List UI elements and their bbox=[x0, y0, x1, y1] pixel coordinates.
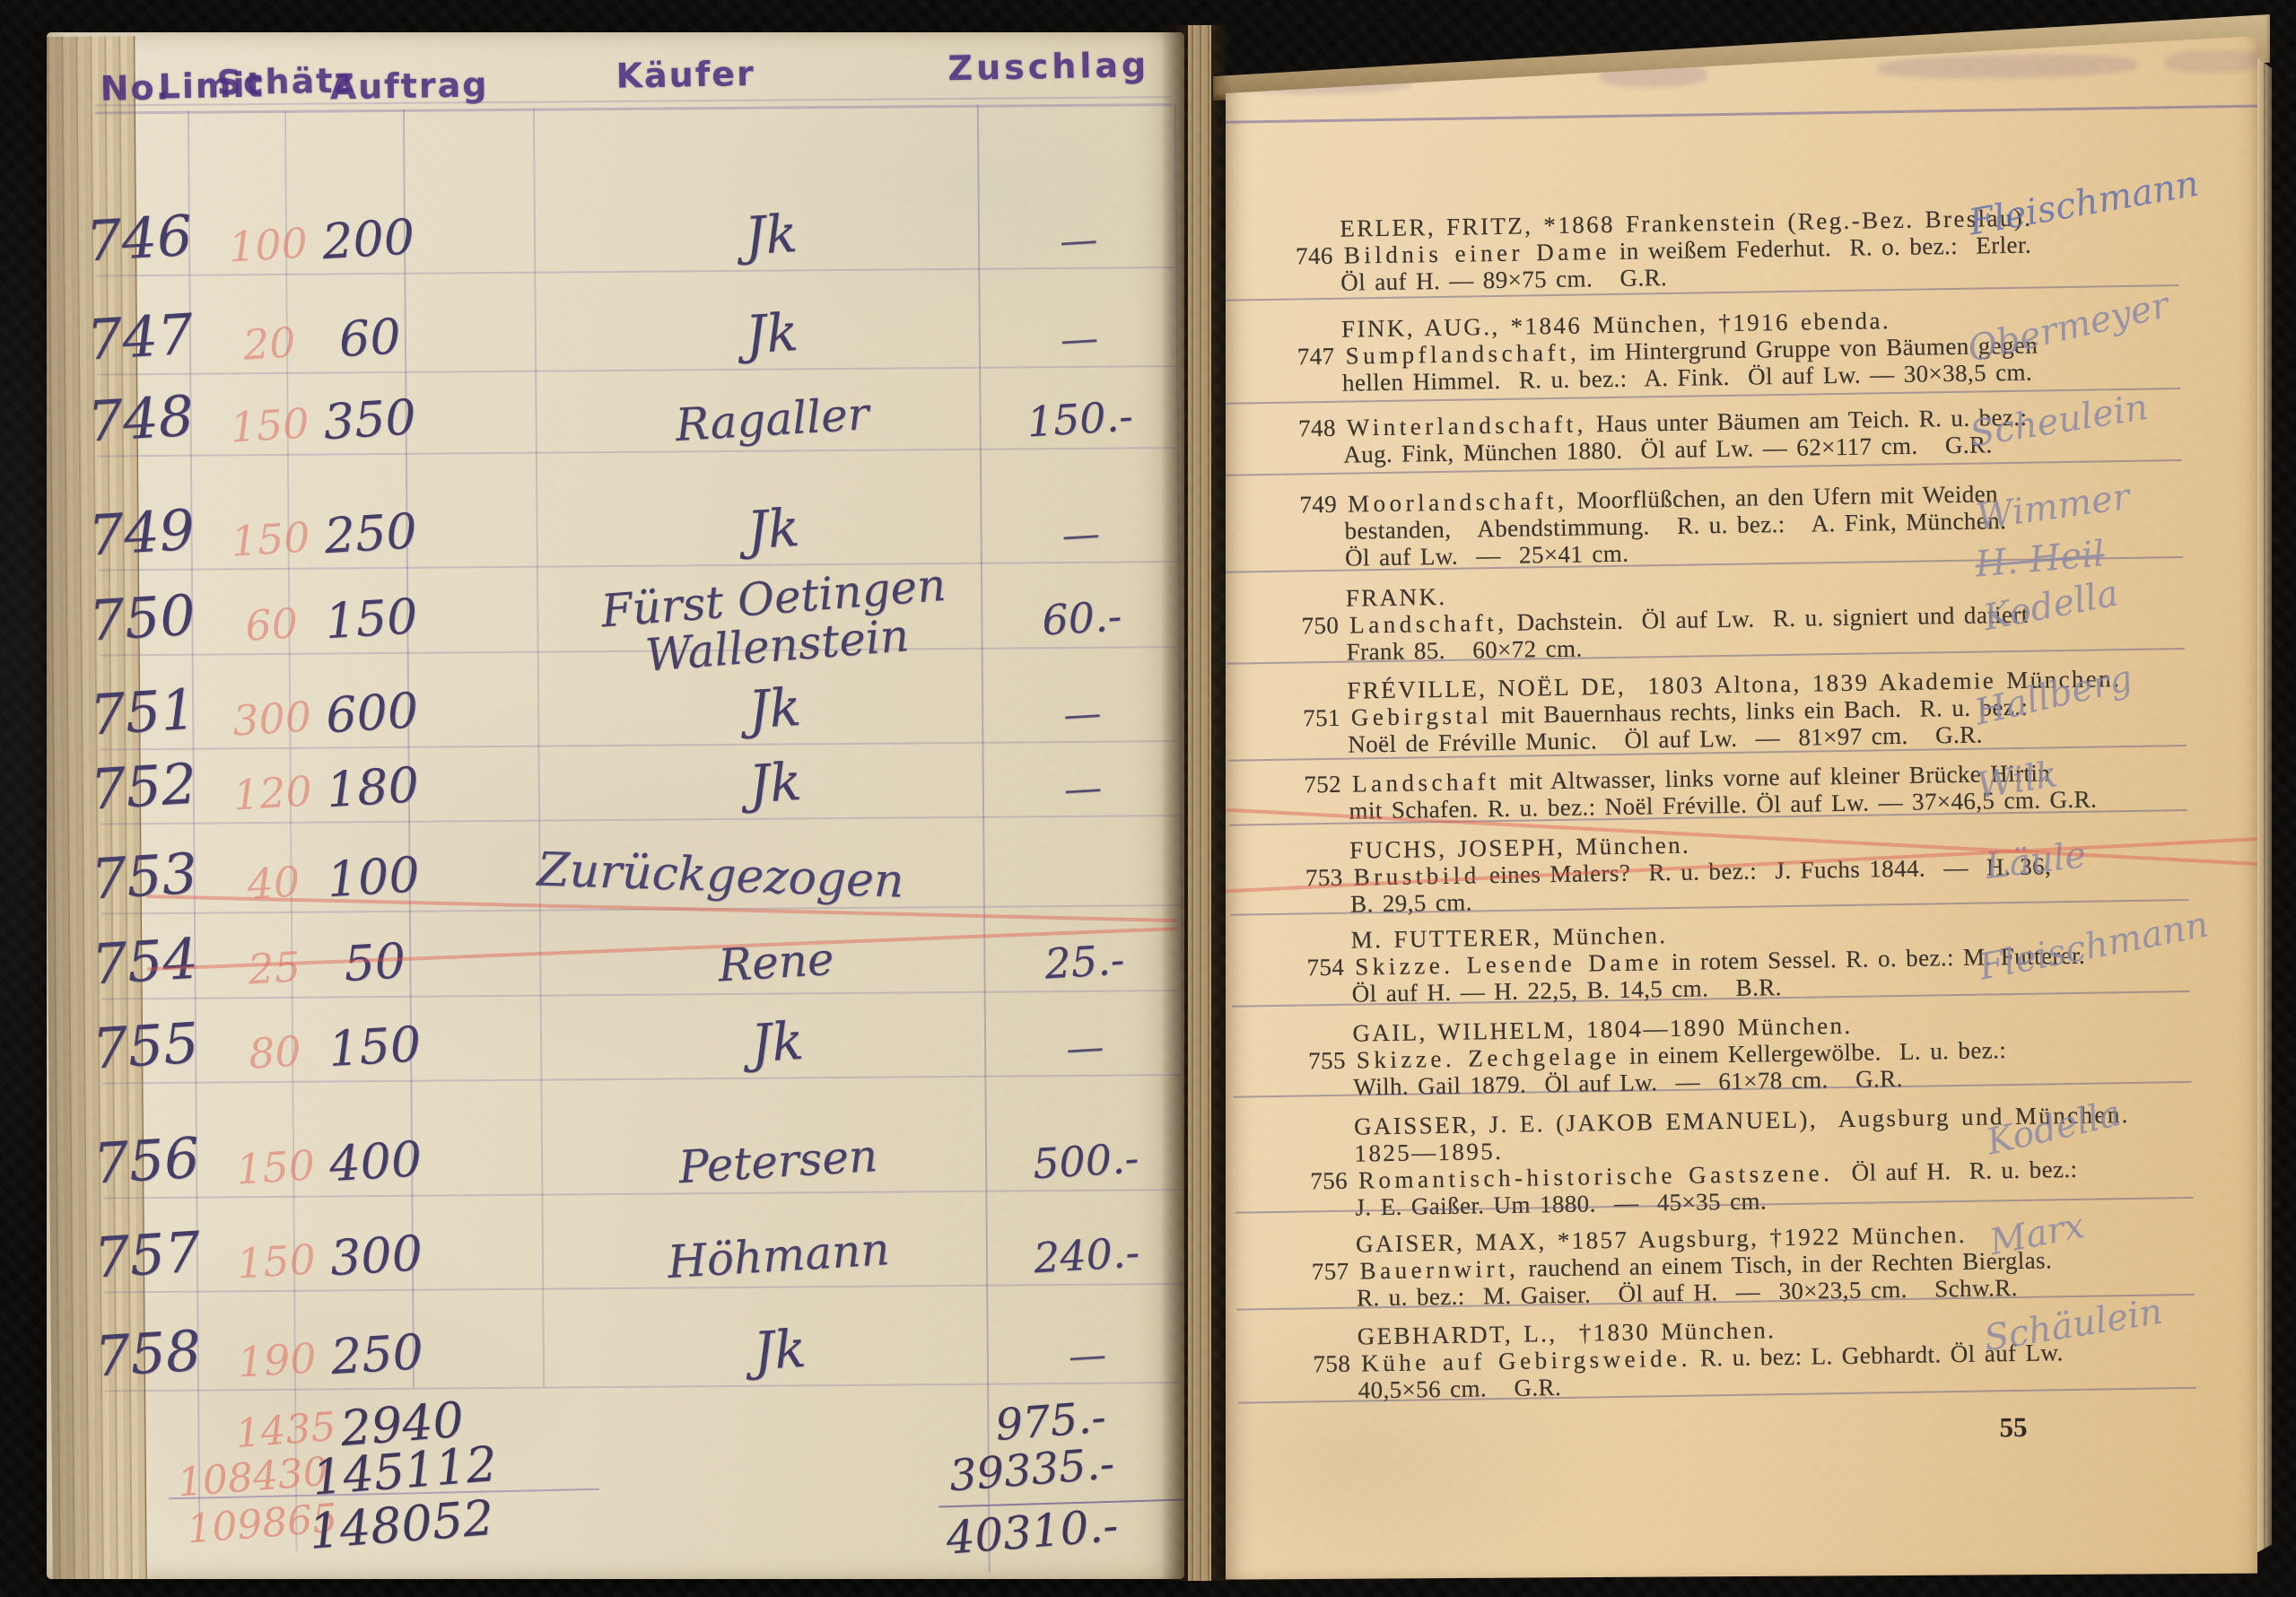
ledger-cell-schaetz: 100 bbox=[301, 820, 446, 911]
ledger-cell-zuschlag: — bbox=[982, 990, 1184, 1076]
ledger-cell-kaeufer: Höhmann bbox=[545, 1191, 1012, 1288]
catalog-lot-title: Brustbild bbox=[1353, 861, 1480, 890]
ledger-left-page: No. Limit Schätz Auftrag Käufer Zuschlag… bbox=[47, 32, 1184, 1579]
estimate-value: 150 bbox=[327, 1019, 423, 1076]
ledger-cell-zuschlag: — bbox=[974, 103, 1182, 268]
ledger-row: 75060150Fürst OetingenWallenstein60.- bbox=[47, 561, 1183, 655]
catalog-artist-line: FRANK. bbox=[1346, 583, 1447, 613]
margin-annotation: Obermeyer bbox=[1964, 284, 2173, 371]
buyer-name: Ragaller bbox=[674, 390, 870, 449]
estimate-value: 250 bbox=[323, 506, 418, 563]
book-gutter bbox=[1161, 25, 1231, 1581]
hammer-price: — bbox=[1059, 220, 1099, 262]
ledger-row: 75580150Jk— bbox=[48, 990, 1184, 1083]
catalog-lot-number: 757 bbox=[1305, 1258, 1349, 1287]
ledger-cell-kaeufer: Jk bbox=[541, 648, 1008, 746]
ledger-row: 752120180Jk— bbox=[47, 740, 1184, 824]
ledger-row: 746100200Jk— bbox=[47, 103, 1180, 275]
catalog-lot-title: Landschaft, bbox=[1349, 609, 1508, 639]
ledger-row: 758190250Jk— bbox=[50, 1283, 1184, 1391]
lot-number-handwritten: 748 bbox=[86, 387, 196, 451]
catalog-lot-title: Bauernwirt, bbox=[1359, 1255, 1519, 1285]
ledger-cell-zuschlag: 60.- bbox=[978, 561, 1184, 648]
margin-annotation: Fleischmann bbox=[1966, 163, 2202, 244]
catalog-lot-number: 750 bbox=[1296, 612, 1339, 641]
margin-annotation: Fleischmann bbox=[1976, 904, 2212, 989]
hammer-price: — bbox=[1068, 1335, 1108, 1377]
buyer-name: Jk bbox=[747, 755, 803, 812]
ledger-cell-zuschlag: — bbox=[979, 646, 1184, 742]
hammer-price: 25.- bbox=[1043, 938, 1125, 986]
catalog-lot-number: 758 bbox=[1307, 1350, 1350, 1379]
catalog-lot-number: 755 bbox=[1303, 1047, 1346, 1076]
ledger-cell-kaeufer: Jk bbox=[539, 449, 1007, 566]
ledger-cell-kaeufer: Jk bbox=[541, 742, 1008, 820]
catalog-lot-number: 746 bbox=[1290, 242, 1333, 271]
column-header-zuschlag: Zuschlag bbox=[947, 45, 1149, 88]
ledger-cell-kaeufer: Fürst OetingenWallenstein bbox=[540, 563, 1008, 651]
catalog-lot-text: in weißem Federhut. R. o. bez.: Erler. bbox=[1610, 231, 2031, 265]
margin-annotation: Marx bbox=[1986, 1205, 2088, 1263]
ledger-cell-zuschlag: — bbox=[977, 447, 1184, 563]
estimate-value: 400 bbox=[328, 1134, 423, 1191]
lot-number-handwritten: 754 bbox=[90, 929, 199, 994]
catalog-content: ERLER, FRITZ, *1868 Frankenstein (Reg.-B… bbox=[1226, 27, 2257, 1583]
catalog-lot-number: 751 bbox=[1297, 704, 1340, 733]
catalog-right-page: ERLER, FRITZ, *1868 Frankenstein (Reg.-B… bbox=[1226, 27, 2257, 1583]
catalog-lot-title: Skizze. Zechgelage bbox=[1357, 1043, 1620, 1074]
ledger-cell-schaetz: 300 bbox=[304, 1194, 449, 1289]
page-number: 55 bbox=[1999, 1411, 2028, 1444]
buyer-name: Höhmann bbox=[667, 1226, 891, 1286]
buyer-name: Jk bbox=[743, 206, 799, 264]
ledger-cell-schaetz: 150 bbox=[303, 995, 448, 1080]
ledger-row: 757150300Höhmann240.- bbox=[49, 1189, 1184, 1292]
buyer-name: Petersen bbox=[677, 1131, 879, 1191]
ledger-cell-zuschlag: — bbox=[975, 266, 1183, 367]
estimate-value: 300 bbox=[329, 1228, 424, 1285]
hammer-price: — bbox=[1063, 768, 1104, 810]
ledger-cell-schaetz: 180 bbox=[301, 746, 445, 821]
hammer-price: 150.- bbox=[1026, 394, 1134, 443]
ledger-grid-lines bbox=[47, 32, 1178, 37]
hammer-price: — bbox=[1060, 319, 1100, 361]
lot-number-handwritten: 746 bbox=[84, 206, 194, 271]
catalog-lot-number: 748 bbox=[1293, 415, 1336, 443]
estimate-value: 350 bbox=[322, 392, 417, 449]
ledger-cell-auftrag: Zurückgezogen bbox=[432, 816, 1008, 911]
buyer-name: Jk bbox=[752, 1322, 808, 1379]
lot-number-handwritten: 755 bbox=[91, 1014, 200, 1078]
lot-number-handwritten: 752 bbox=[89, 755, 198, 819]
ledger-row: 756150400Petersen500.- bbox=[48, 1074, 1184, 1198]
ledger-cell-zuschlag: — bbox=[983, 1283, 1184, 1383]
auction-ledger-book-photo: No. Limit Schätz Auftrag Käufer Zuschlag… bbox=[0, 0, 2296, 1597]
ledger-cell-schaetz: 200 bbox=[296, 109, 441, 274]
margin-annotation: Scheulein bbox=[1967, 387, 2151, 455]
ghost-ink-offset bbox=[2164, 49, 2257, 74]
ledger-cell-kaeufer: Jk bbox=[537, 268, 1005, 371]
lot-number-handwritten: 757 bbox=[92, 1223, 202, 1287]
ledger-row: 749150250Jk— bbox=[47, 447, 1183, 570]
ledger-cell-zuschlag: 150.- bbox=[976, 365, 1183, 449]
limit-value: 60 bbox=[244, 601, 299, 648]
catalog-lot-title: Moorlandschaft, bbox=[1348, 487, 1568, 518]
catalog-lot-number: 752 bbox=[1298, 771, 1341, 799]
limit-value: 20 bbox=[241, 320, 296, 367]
catalog-lot-number: 747 bbox=[1291, 343, 1334, 371]
ledger-cell-schaetz: 400 bbox=[303, 1079, 448, 1195]
hammer-price: — bbox=[1061, 514, 1101, 556]
ledger-row: 7472060Jk— bbox=[47, 266, 1181, 374]
page-top-rule bbox=[1226, 104, 2257, 123]
ledger-cell-schaetz: 150 bbox=[300, 567, 444, 653]
catalog-continuation-line: Öl auf H. — 89×75 cm. G.R. bbox=[1340, 264, 1667, 297]
catalog-lot-title: Bildnis einer Dame bbox=[1344, 238, 1611, 269]
total-zuschlag-carry: 39335.- bbox=[947, 1438, 1116, 1501]
catalog-lot-text: Dachstein. Öl auf Lw. R. u. signiert und… bbox=[1507, 601, 2029, 636]
ledger-row: 751300600Jk— bbox=[47, 646, 1183, 749]
buyer-name: Jk bbox=[749, 1014, 805, 1071]
catalog-lot-number: 749 bbox=[1294, 491, 1337, 519]
withdrawn-note: Zurückgezogen bbox=[536, 846, 904, 907]
ledger-cell-schaetz: 50 bbox=[302, 910, 447, 996]
estimate-value: 50 bbox=[342, 936, 406, 990]
ledger-cell-zuschlag: — bbox=[979, 740, 1184, 816]
catalog-continuation-line: B. 29,5 cm. bbox=[1350, 888, 1472, 918]
ghost-ink-offset bbox=[1877, 53, 2137, 81]
hammer-price: — bbox=[1062, 694, 1103, 736]
lot-number-handwritten: 749 bbox=[87, 501, 196, 565]
ledger-cell-schaetz: 250 bbox=[299, 453, 443, 568]
buyer-name: Jk bbox=[744, 305, 799, 362]
ledger-cell-zuschlag: 240.- bbox=[982, 1189, 1184, 1285]
ledger-row: 748150350Ragaller150.- bbox=[47, 365, 1182, 456]
catalog-lot-number: 754 bbox=[1301, 954, 1344, 982]
total-zuschlag-sum: 40310.- bbox=[944, 1499, 1120, 1565]
ledger-cell-schaetz: 60 bbox=[297, 273, 441, 372]
ledger-table: No. Limit Schätz Auftrag Käufer Zuschlag… bbox=[47, 32, 1184, 1579]
hammer-price: — bbox=[1065, 1027, 1105, 1069]
catalog-lot-title: Kühe auf Gebirgsweide. bbox=[1361, 1345, 1691, 1377]
catalog-lot-number: 756 bbox=[1305, 1167, 1348, 1196]
column-header-kaeufer: Käufer bbox=[615, 54, 755, 96]
lot-number-handwritten: 758 bbox=[93, 1322, 203, 1386]
lot-number-handwritten: 756 bbox=[92, 1129, 201, 1193]
lot-number-handwritten: 747 bbox=[85, 305, 195, 370]
estimate-value: 200 bbox=[321, 212, 416, 268]
hammer-price: 240.- bbox=[1033, 1230, 1141, 1279]
estimate-value: 600 bbox=[325, 685, 420, 742]
ledger-cell-schaetz: 250 bbox=[305, 1288, 450, 1388]
limit-value: 80 bbox=[247, 1029, 301, 1076]
ledger-cell-zuschlag: 500.- bbox=[982, 1074, 1184, 1191]
catalog-lot-text: Öl auf H. R. u. bez.: bbox=[1833, 1156, 2078, 1186]
hammer-price: 60.- bbox=[1041, 594, 1122, 642]
catalog-lot-title: Gebirgstal bbox=[1351, 702, 1492, 730]
lot-number-handwritten: 751 bbox=[88, 680, 197, 745]
ledger-cell-schaetz: 600 bbox=[301, 651, 445, 746]
estimate-value: 100 bbox=[326, 850, 421, 906]
catalog-lot-title: Landschaft bbox=[1352, 768, 1500, 798]
estimate-value: 150 bbox=[324, 591, 419, 648]
ledger-cell-kaeufer: Jk bbox=[537, 105, 1004, 272]
ledger-cell-schaetz: 350 bbox=[298, 371, 442, 454]
lot-number-handwritten: 750 bbox=[87, 586, 196, 650]
limit-value: 25 bbox=[247, 945, 301, 991]
estimate-value: 180 bbox=[326, 760, 421, 816]
buyer-name: Jk bbox=[746, 501, 801, 558]
catalog-artist-line: 1825—1895. bbox=[1354, 1138, 1503, 1168]
ledger-cell-kaeufer: Jk bbox=[546, 1285, 1013, 1387]
catalog-lot-text: in einem Kellergewölbe. L. u. bez.: bbox=[1620, 1036, 2007, 1069]
ledger-cell-kaeufer: Ragaller bbox=[538, 367, 1006, 452]
catalog-lot-title: Sumpflandschaft, bbox=[1345, 339, 1580, 370]
buyer-name: Jk bbox=[746, 680, 802, 737]
catalog-lot-title: Winterlandschaft, bbox=[1347, 410, 1588, 441]
ledger-cell-kaeufer: Petersen bbox=[544, 1076, 1011, 1194]
margin-annotation: Läule bbox=[1983, 834, 2088, 887]
estimate-value: 250 bbox=[330, 1327, 425, 1383]
ledger-rows: 746100200Jk—7472060Jk—748150350Ragaller1… bbox=[47, 32, 1178, 37]
ledger-cell-kaeufer: Jk bbox=[544, 991, 1011, 1079]
hammer-price: 500.- bbox=[1032, 1136, 1140, 1185]
estimate-value: 60 bbox=[337, 311, 402, 366]
